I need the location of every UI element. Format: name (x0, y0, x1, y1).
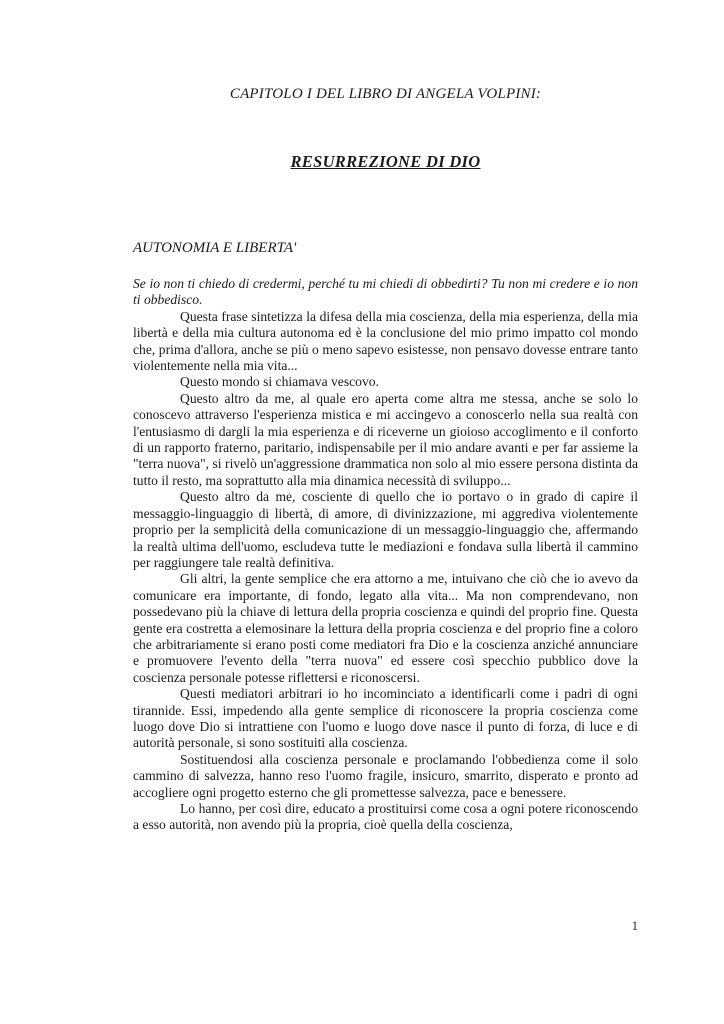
chapter-title: CAPITOLO I DEL LIBRO DI ANGELA VOLPINI: (133, 0, 638, 103)
body-paragraph: Questa frase sintetizza la difesa della … (133, 309, 638, 375)
page-number: 1 (133, 919, 638, 934)
body-paragraph: Sostituendosi alla coscienza personale e… (133, 752, 638, 801)
section-heading: AUTONOMIA E LIBERTA' (133, 239, 638, 257)
document-heading: RESURREZIONE DI DIO (133, 152, 638, 171)
body-paragraph: Questo mondo si chiamava vescovo. (133, 374, 638, 390)
quote-paragraph: Se io non ti chiedo di credermi, perché … (133, 276, 638, 309)
text-block: CAPITOLO I DEL LIBRO DI ANGELA VOLPINI: … (133, 0, 638, 834)
body-paragraph: Questi mediatori arbitrari io ho incomin… (133, 686, 638, 752)
body-paragraph: Gli altri, la gente semplice che era att… (133, 571, 638, 686)
body-paragraph: Questo altro da me, al quale ero aperta … (133, 391, 638, 489)
document-page: CAPITOLO I DEL LIBRO DI ANGELA VOLPINI: … (0, 0, 724, 1024)
body-paragraph: Questo altro da me, cosciente di quello … (133, 489, 638, 571)
body-paragraph: Lo hanno, per così dire, educato a prost… (133, 801, 638, 834)
